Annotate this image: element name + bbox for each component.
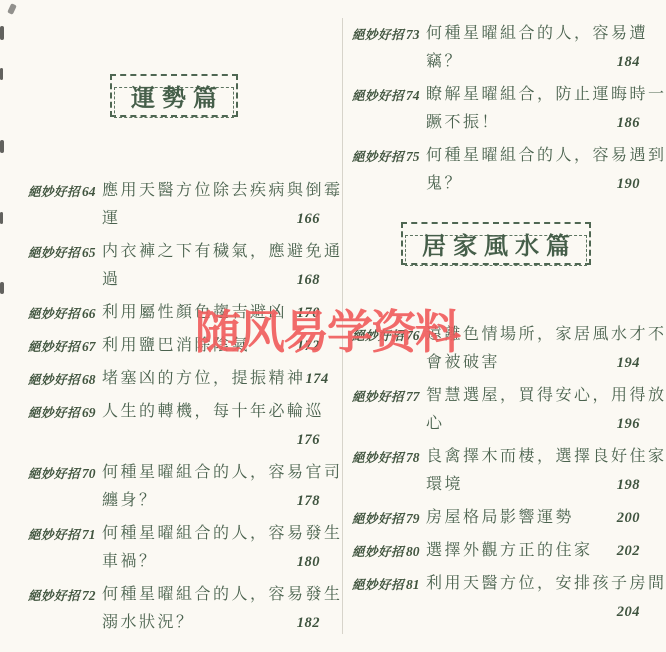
entry-label: 絕妙好招: [28, 528, 80, 542]
entry-line: 堵塞凶的方位，提振精神174: [102, 365, 320, 393]
entry-title-line: 人生的轉機，每十年必輪巡: [102, 398, 324, 426]
toc-entry: 絕妙好招70 何種星曜組合的人，容易官司纏身？178: [28, 459, 320, 515]
toc-entry: 絕妙好招66 利用屬性顏色趨吉避凶170: [28, 299, 320, 327]
book-toc-page: 運勢篇 絕妙好招64 應用天醫方位除去疾病與倒霉運166 絕妙好招65 内衣褲之…: [0, 0, 666, 652]
toc-entry: 絕妙好招71 何種星曜組合的人，容易發生車禍？180: [28, 520, 320, 576]
entry-page-number: 178: [297, 487, 320, 515]
entry-line: 利用鹽巴消除陰氣172: [102, 332, 320, 360]
entry-title-line: 房屋格局影響運勢: [426, 504, 574, 532]
entry-title-line: 何種星曜組合的人，容易遇到: [426, 142, 666, 170]
entry-title-line: 蹶不振！: [426, 109, 500, 137]
toc-entry: 絕妙好招68 堵塞凶的方位，提振精神174: [28, 365, 320, 393]
entry-page-number: 184: [617, 48, 640, 76]
entry-line: 選擇外觀方正的住家202: [426, 537, 640, 565]
entry-number: 76: [404, 328, 420, 343]
entry-title-line: 利用鹽巴消除陰氣: [102, 332, 250, 360]
entry-label: 絕妙好招: [352, 578, 404, 592]
entry-title-line: 會被破害: [426, 349, 500, 377]
toc-entry: 絕妙好招79 房屋格局影響運勢200: [352, 504, 640, 532]
toc-entry: 絕妙好招72 何種星曜組合的人，容易發生溺水狀況？182: [28, 581, 320, 637]
entry-body: 内衣褲之下有穢氣，應避免通過168: [102, 238, 320, 294]
entry-page-number: 180: [297, 548, 320, 576]
toc-entry: 絕妙好招78 良禽擇木而棲，選擇良好住家環境198: [352, 443, 640, 499]
scan-artifact: [0, 282, 4, 294]
entry-number: 75: [404, 149, 420, 164]
entry-label: 絕妙好招: [28, 246, 80, 260]
entry-page-number: 204: [617, 598, 640, 626]
section-header-box: 運勢篇: [110, 74, 238, 117]
entry-line: 運166: [102, 205, 320, 233]
entry-number: 79: [404, 511, 420, 526]
toc-entry: 絕妙好招75 何種星曜組合的人，容易遇到鬼？190: [352, 142, 640, 198]
entry-title-line: 智慧選屋，買得安心，用得放: [426, 382, 666, 410]
entry-body: 何種星曜組合的人，容易發生車禍？180: [102, 520, 320, 576]
entry-title-line: 心: [426, 410, 445, 438]
entry-line: 利用屬性顏色趨吉避凶170: [102, 299, 320, 327]
entry-line: 何種星曜組合的人，容易發生: [102, 520, 320, 548]
toc-entry: 絕妙好招74 瞭解星曜組合，防止運晦時一蹶不振！186: [352, 81, 640, 137]
entry-title-line: 良禽擇木而棲，選擇良好住家: [426, 443, 666, 471]
entry-number: 78: [404, 450, 420, 465]
entry-label: 絕妙好招: [352, 28, 404, 42]
entry-body: 遠離色情場所，家居風水才不會被破害194: [426, 321, 640, 377]
section-header-label: 居家風水篇: [422, 234, 577, 260]
entry-number: 80: [404, 544, 420, 559]
entry-body: 良禽擇木而棲，選擇良好住家環境198: [426, 443, 640, 499]
entry-number: 66: [80, 306, 96, 321]
entry-line: 204: [426, 598, 640, 626]
entry-line: 何種星曜組合的人，容易官司: [102, 459, 320, 487]
scan-artifact: [0, 140, 4, 153]
entry-title-line: 何種星曜組合的人，容易發生: [102, 520, 343, 548]
entry-page-number: 194: [617, 349, 640, 377]
entry-page-number: 200: [617, 504, 640, 532]
section-header-label: 運勢篇: [131, 86, 224, 112]
entry-number: 77: [404, 389, 420, 404]
entry-page-number: 190: [617, 170, 640, 198]
entry-title-line: 利用天醫方位，安排孩子房間: [426, 570, 666, 598]
entry-title-line: 遠離色情場所，家居風水才不: [426, 321, 666, 349]
entry-line: 溺水狀況？182: [102, 609, 320, 637]
entry-line: 應用天醫方位除去疾病與倒霉: [102, 177, 320, 205]
entry-title-line: 利用屬性顏色趨吉避凶: [102, 299, 287, 327]
entry-page-number: 198: [617, 471, 640, 499]
entry-number: 71: [80, 527, 96, 542]
entry-number: 72: [80, 588, 96, 603]
entry-title-line: 選擇外觀方正的住家: [426, 537, 593, 565]
entry-label: 絕妙好招: [28, 185, 80, 199]
entry-number: 69: [80, 405, 96, 420]
entry-body: 何種星曜組合的人，容易官司纏身？178: [102, 459, 320, 515]
entry-line: 房屋格局影響運勢200: [426, 504, 640, 532]
toc-right-column: 絕妙好招73 何種星曜組合的人，容易遭竊？184 絕妙好招74 瞭解星曜組合，防…: [352, 20, 640, 631]
entry-body: 選擇外觀方正的住家202: [426, 537, 640, 565]
entry-title-line: 鬼？: [426, 170, 463, 198]
entry-title-line: 溺水狀況？: [102, 609, 195, 637]
entry-page-number: 172: [297, 332, 320, 360]
entry-title-line: 竊？: [426, 48, 463, 76]
entry-line: 人生的轉機，每十年必輪巡: [102, 398, 320, 426]
entry-body: 何種星曜組合的人，容易遭竊？184: [426, 20, 640, 76]
entry-line: 内衣褲之下有穢氣，應避免通: [102, 238, 320, 266]
scan-artifact: [0, 68, 3, 80]
toc-entry: 絕妙好招73 何種星曜組合的人，容易遭竊？184: [352, 20, 640, 76]
entry-label: 絕妙好招: [28, 373, 80, 387]
entry-title-line: 何種星曜組合的人，容易官司: [102, 459, 343, 487]
entry-number: 81: [404, 577, 420, 592]
entry-body: 瞭解星曜組合，防止運晦時一蹶不振！186: [426, 81, 640, 137]
entry-line: 176: [102, 426, 320, 454]
entry-title-line: 車禍？: [102, 548, 158, 576]
entry-page-number: 202: [617, 537, 640, 565]
entry-line: 利用天醫方位，安排孩子房間: [426, 570, 640, 598]
entry-title-line: 過: [102, 266, 121, 294]
entry-label: 絕妙好招: [352, 89, 404, 103]
entry-label: 絕妙好招: [352, 512, 404, 526]
entry-line: 過168: [102, 266, 320, 294]
entry-line: 遠離色情場所，家居風水才不: [426, 321, 640, 349]
entry-body: 何種星曜組合的人，容易遇到鬼？190: [426, 142, 640, 198]
entry-line: 會被破害194: [426, 349, 640, 377]
scan-artifact: [0, 26, 4, 40]
entry-number: 74: [404, 88, 420, 103]
scan-artifact: [0, 212, 3, 224]
section-header: 居家風水篇: [352, 222, 640, 265]
entry-body: 利用鹽巴消除陰氣172: [102, 332, 320, 360]
entry-line: 瞭解星曜組合，防止運晦時一: [426, 81, 640, 109]
entry-page-number: 168: [297, 266, 320, 294]
toc-entry: 絕妙好招64 應用天醫方位除去疾病與倒霉運166: [28, 177, 320, 233]
entry-line: 何種星曜組合的人，容易發生: [102, 581, 320, 609]
entry-page-number: 176: [297, 426, 320, 454]
entry-number: 70: [80, 466, 96, 481]
entry-label: 絕妙好招: [352, 150, 404, 164]
toc-left-column: 運勢篇 絕妙好招64 應用天醫方位除去疾病與倒霉運166 絕妙好招65 内衣褲之…: [28, 20, 320, 642]
entry-line: 竊？184: [426, 48, 640, 76]
entry-line: 良禽擇木而棲，選擇良好住家: [426, 443, 640, 471]
entry-body: 何種星曜組合的人，容易發生溺水狀況？182: [102, 581, 320, 637]
entry-line: 環境198: [426, 471, 640, 499]
entry-line: 蹶不振！186: [426, 109, 640, 137]
entry-line: 何種星曜組合的人，容易遭: [426, 20, 640, 48]
entry-title-line: 應用天醫方位除去疾病與倒霉: [102, 177, 343, 205]
entry-title-line: 運: [102, 205, 121, 233]
entry-label: 絕妙好招: [352, 545, 404, 559]
entry-body: 利用天醫方位，安排孩子房間204: [426, 570, 640, 626]
toc-entry: 絕妙好招65 内衣褲之下有穢氣，應避免通過168: [28, 238, 320, 294]
entry-label: 絕妙好招: [28, 467, 80, 481]
entry-page-number: 174: [306, 365, 329, 393]
toc-entry: 絕妙好招81 利用天醫方位，安排孩子房間204: [352, 570, 640, 626]
entry-title-line: 瞭解星曜組合，防止運晦時一: [426, 81, 666, 109]
entry-body: 智慧選屋，買得安心，用得放心196: [426, 382, 640, 438]
entry-line: 心196: [426, 410, 640, 438]
entry-label: 絕妙好招: [28, 307, 80, 321]
entry-number: 68: [80, 372, 96, 387]
entry-label: 絕妙好招: [352, 451, 404, 465]
entry-label: 絕妙好招: [352, 329, 404, 343]
entry-title-line: 内衣褲之下有穢氣，應避免通: [102, 238, 343, 266]
entry-line: 鬼？190: [426, 170, 640, 198]
entry-label: 絕妙好招: [28, 589, 80, 603]
entry-page-number: 182: [297, 609, 320, 637]
entry-body: 房屋格局影響運勢200: [426, 504, 640, 532]
entry-title-line: 何種星曜組合的人，容易發生: [102, 581, 343, 609]
toc-entry: 絕妙好招80 選擇外觀方正的住家202: [352, 537, 640, 565]
toc-entry: 絕妙好招69 人生的轉機，每十年必輪巡176: [28, 398, 320, 454]
entry-number: 73: [404, 27, 420, 42]
toc-entry: 絕妙好招67 利用鹽巴消除陰氣172: [28, 332, 320, 360]
entry-title-line: 纏身？: [102, 487, 158, 515]
section-header: 運勢篇: [28, 74, 320, 117]
toc-entry: 絕妙好招77 智慧選屋，買得安心，用得放心196: [352, 382, 640, 438]
entry-line: 車禍？180: [102, 548, 320, 576]
entry-page-number: 186: [617, 109, 640, 137]
entry-body: 應用天醫方位除去疾病與倒霉運166: [102, 177, 320, 233]
entry-page-number: 166: [297, 205, 320, 233]
entry-label: 絕妙好招: [28, 340, 80, 354]
scan-artifact: [7, 3, 17, 15]
entry-page-number: 196: [617, 410, 640, 438]
entry-number: 65: [80, 245, 96, 260]
entry-label: 絕妙好招: [28, 406, 80, 420]
entry-line: 智慧選屋，買得安心，用得放: [426, 382, 640, 410]
entry-number: 67: [80, 339, 96, 354]
section-header-box: 居家風水篇: [401, 222, 591, 265]
entry-number: 64: [80, 184, 96, 199]
entry-title-line: 環境: [426, 471, 463, 499]
entry-line: 纏身？178: [102, 487, 320, 515]
entry-title-line: 何種星曜組合的人，容易遭: [426, 20, 648, 48]
entry-page-number: 170: [297, 299, 320, 327]
entry-title-line: 堵塞凶的方位，提振精神: [102, 365, 306, 393]
entry-body: 利用屬性顏色趨吉避凶170: [102, 299, 320, 327]
entry-label: 絕妙好招: [352, 390, 404, 404]
entry-line: 何種星曜組合的人，容易遇到: [426, 142, 640, 170]
entry-body: 堵塞凶的方位，提振精神174: [102, 365, 320, 393]
toc-entry: 絕妙好招76 遠離色情場所，家居風水才不會被破害194: [352, 321, 640, 377]
entry-body: 人生的轉機，每十年必輪巡176: [102, 398, 320, 454]
